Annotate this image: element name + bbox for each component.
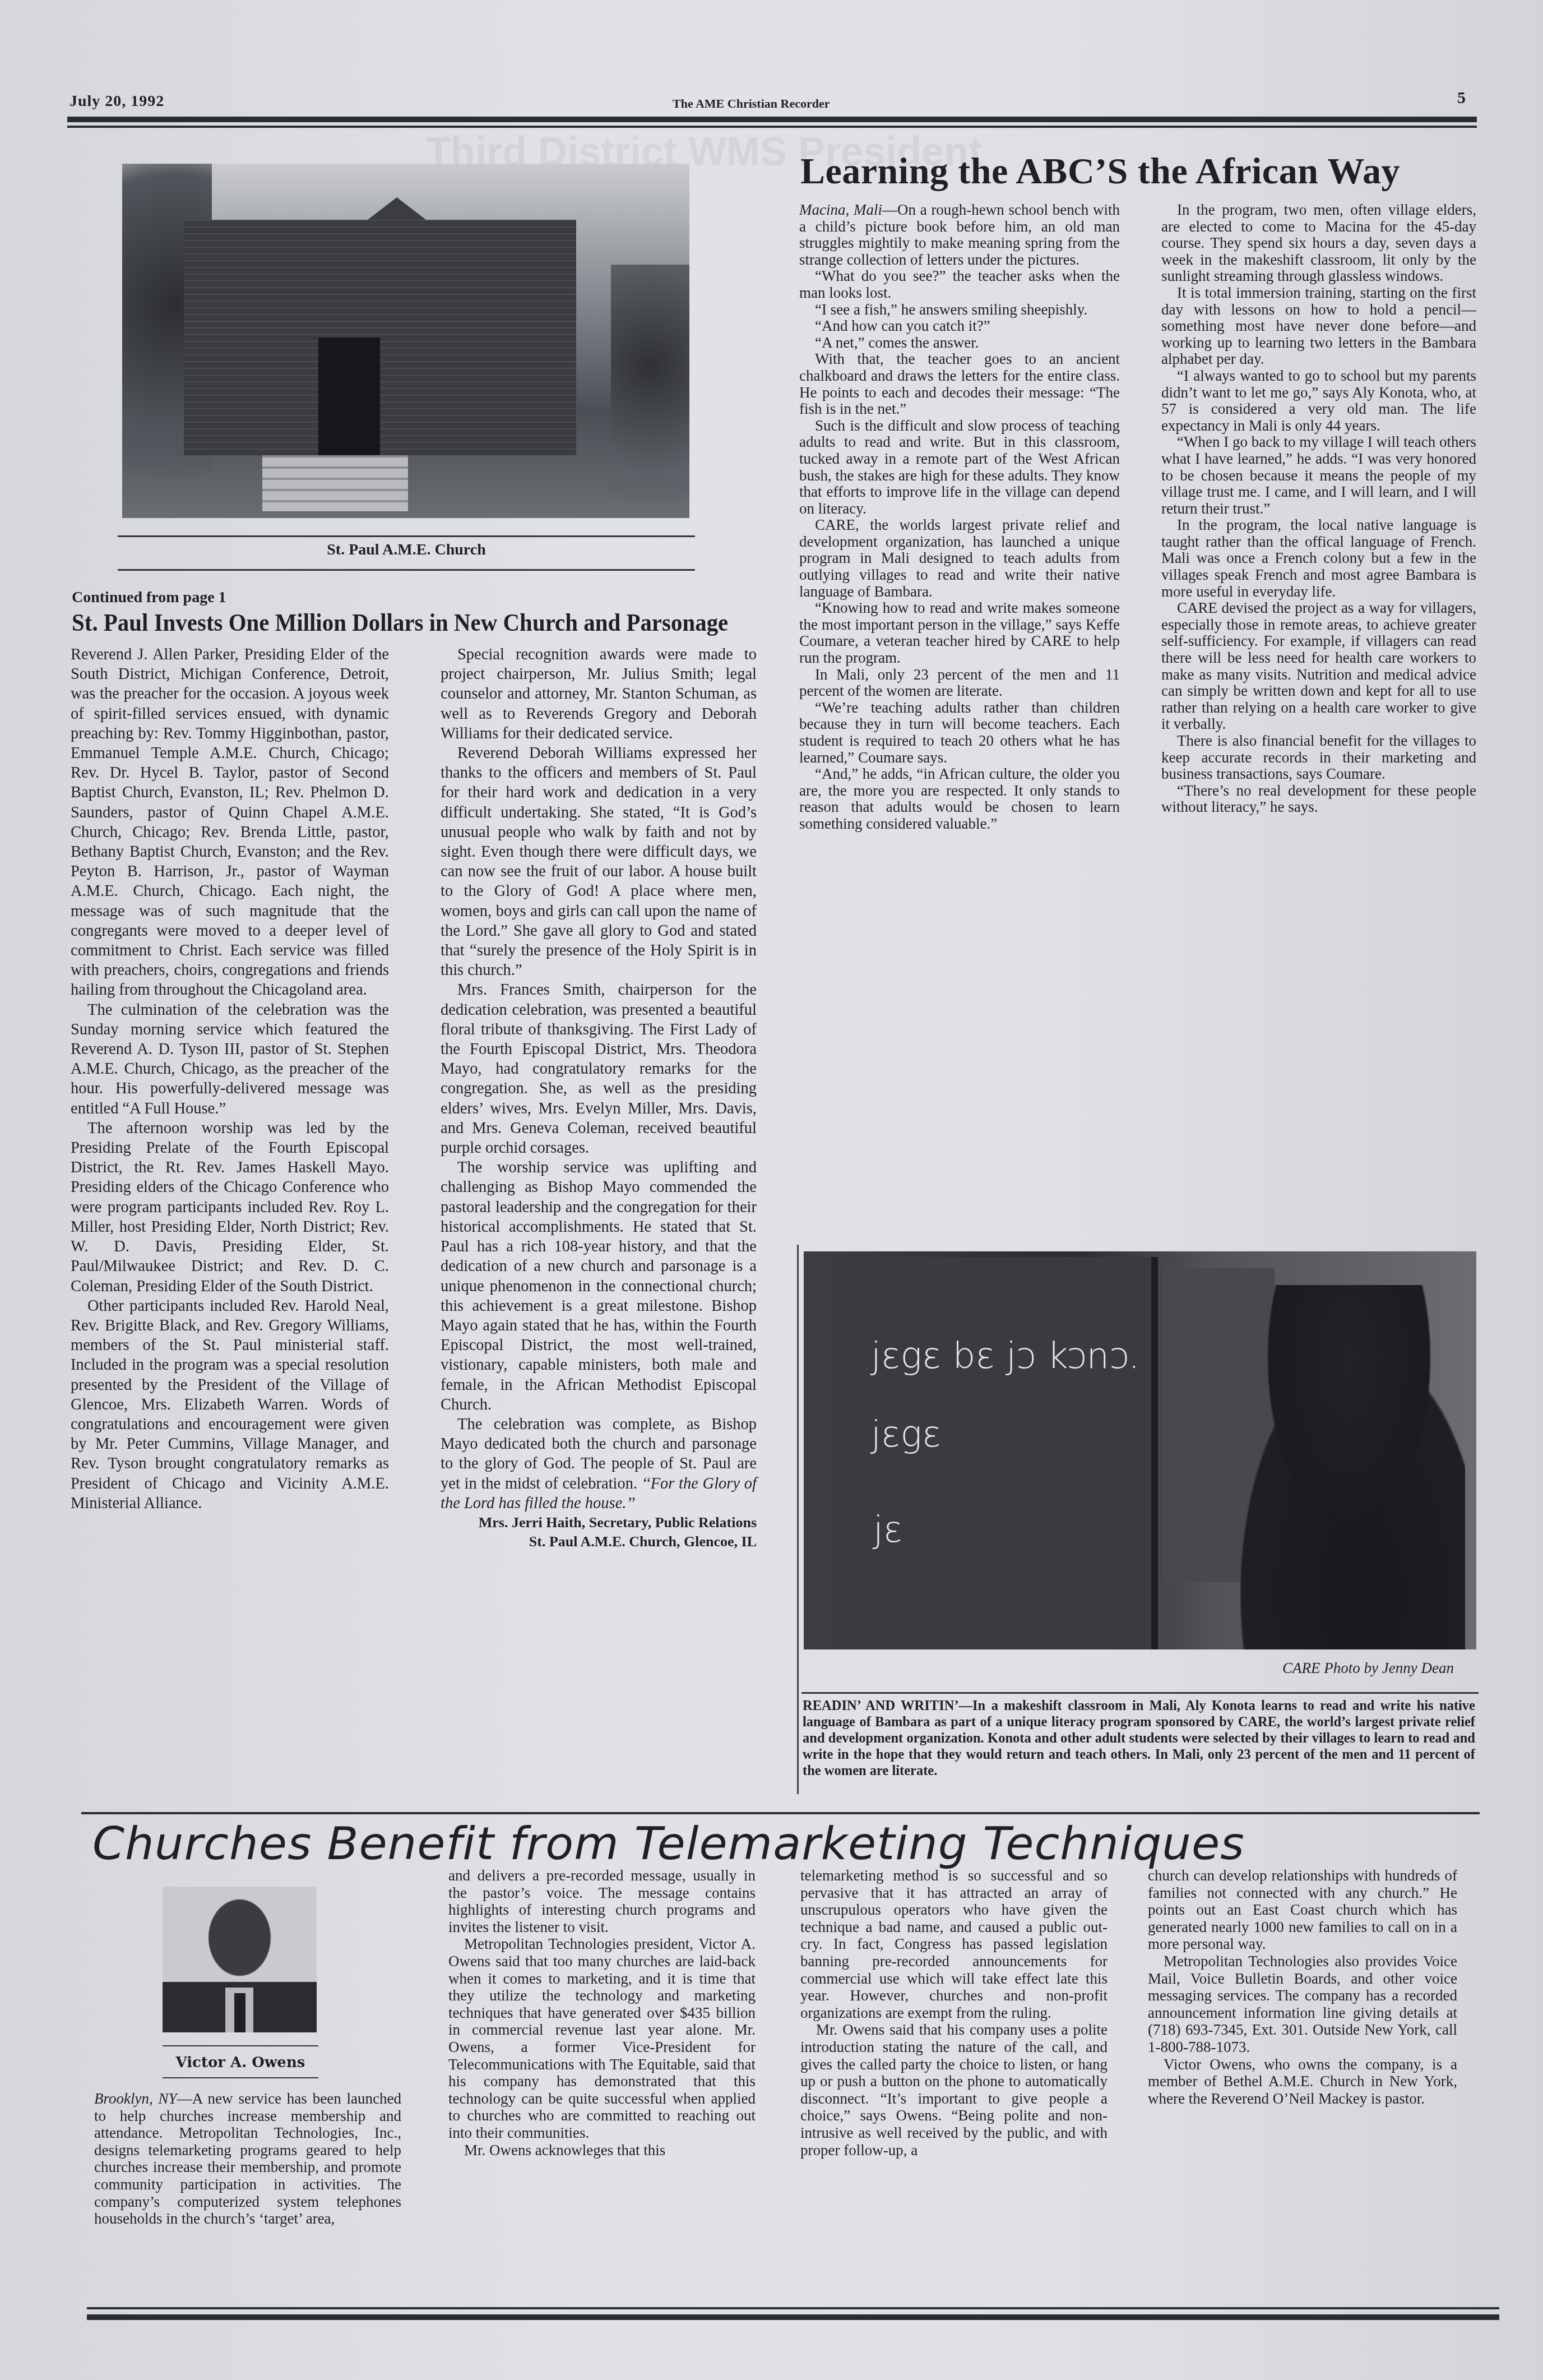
lead-paragraph: Macina, Mali—On a rough-hewn school benc… bbox=[799, 202, 1120, 268]
paragraph: “And how can you catch it?” bbox=[799, 318, 1120, 335]
paragraph: In the program, two men, often village e… bbox=[1161, 202, 1476, 285]
st-paul-column-1: Reverend J. Allen Parker, Presiding Elde… bbox=[71, 645, 389, 1513]
church-photo-caption: St. Paul A.M.E. Church bbox=[118, 541, 695, 559]
chalk-line-2: jɛgɛ bbox=[871, 1414, 941, 1455]
masthead-rule-thin bbox=[67, 126, 1477, 128]
paragraph: Metropolitan Technologies president, Vic… bbox=[448, 1935, 756, 2141]
issue-date: July 20, 1992 bbox=[69, 93, 164, 110]
classroom-photo-caption: READIN’ AND WRITIN’—In a makeshift class… bbox=[803, 1698, 1475, 1779]
abc-column-2: In the program, two men, often village e… bbox=[1161, 202, 1476, 816]
chalk-line-1: jɛgɛ bɛ jɔ kɔnɔ. bbox=[871, 1335, 1140, 1377]
student-figure bbox=[1207, 1285, 1465, 1649]
masthead-rule-thick bbox=[67, 117, 1477, 122]
paragraph: Reverend J. Allen Parker, Presiding Elde… bbox=[71, 645, 389, 1000]
caption-rule-bottom bbox=[118, 569, 695, 571]
paragraph: CARE, the worlds largest private relief … bbox=[799, 517, 1120, 600]
portrait-rule-top bbox=[163, 2045, 318, 2046]
paragraph: and delivers a pre-recorded message, usu… bbox=[448, 1867, 756, 1935]
paragraph: “And,” he adds, “in African culture, the… bbox=[799, 766, 1120, 832]
paragraph: “A net,” comes the answer. bbox=[799, 335, 1120, 352]
paragraph: In Mali, only 23 percent of the men and … bbox=[799, 667, 1120, 700]
paragraph: telemarketing method is so successful an… bbox=[800, 1867, 1108, 2021]
portrait-tie bbox=[234, 1993, 245, 2032]
lead-text: —A new service has been launched to help… bbox=[94, 2090, 401, 2227]
paragraph: Mrs. Frances Smith, chairperson for the … bbox=[441, 980, 757, 1158]
paragraph: “What do you see?” the teacher asks when… bbox=[799, 268, 1120, 301]
continued-kicker: Continued from page 1 bbox=[72, 589, 226, 607]
section-divider bbox=[81, 1812, 1480, 1814]
paragraph: Reverend Deborah Williams expressed her … bbox=[441, 743, 757, 980]
paragraph: CARE devised the project as a way for vi… bbox=[1161, 600, 1476, 733]
tree-right bbox=[611, 265, 689, 517]
photo-credit: CARE Photo by Jenny Dean bbox=[804, 1660, 1454, 1677]
paragraph: “When I go back to my village I will tea… bbox=[1161, 434, 1476, 517]
page-number: 5 bbox=[1457, 89, 1466, 108]
paragraph: The culmination of the celebration was t… bbox=[71, 1000, 389, 1119]
paragraph: Other participants included Rev. Harold … bbox=[71, 1296, 389, 1513]
telemarketing-column-4: church can develop relationships with hu… bbox=[1148, 1867, 1457, 2107]
paragraph: “I see a fish,” he answers smiling sheep… bbox=[799, 302, 1120, 318]
church-door bbox=[318, 338, 380, 455]
signature-line-1: Mrs. Jerri Haith, Secretary, Public Rela… bbox=[441, 1513, 757, 1532]
paragraph: Mr. Owens said that his company uses a p… bbox=[800, 2021, 1108, 2159]
newspaper-page: Third District WMS President July 20, 19… bbox=[0, 0, 1543, 2380]
lead-paragraph: Brooklyn, NY—A new service has been laun… bbox=[94, 2090, 401, 2228]
telemarketing-column-1: Brooklyn, NY—A new service has been laun… bbox=[94, 2090, 401, 2228]
church-photo bbox=[122, 164, 689, 518]
portrait-rule-bottom bbox=[163, 2077, 318, 2078]
paragraph: “We’re teaching adults rather than child… bbox=[799, 700, 1120, 766]
footer-rule-thin bbox=[87, 2307, 1499, 2309]
telemarketing-column-3: telemarketing method is so successful an… bbox=[800, 1867, 1108, 2159]
paragraph: “Knowing how to read and write makes som… bbox=[799, 600, 1120, 666]
st-paul-headline: St. Paul Invests One Million Dollars in … bbox=[72, 608, 728, 637]
paragraph: church can develop relationships with hu… bbox=[1148, 1867, 1457, 1953]
publication-name: The AME Christian Recorder bbox=[673, 96, 830, 111]
paragraph: With that, the teacher goes to an ancien… bbox=[799, 351, 1120, 417]
footer-rule-thick bbox=[87, 2314, 1499, 2320]
paragraph: The afternoon worship was led by the Pre… bbox=[71, 1119, 389, 1296]
paragraph: Victor Owens, who owns the company, is a… bbox=[1148, 2056, 1457, 2108]
photo-box-left-border bbox=[797, 1245, 799, 1794]
paragraph: There is also financial benefit for the … bbox=[1161, 733, 1476, 783]
dateline: Brooklyn, NY bbox=[94, 2090, 177, 2107]
telemarketing-column-2: and delivers a pre-recorded message, usu… bbox=[448, 1867, 756, 2159]
st-paul-column-2: Special recognition awards were made to … bbox=[441, 645, 757, 1551]
classroom-photo: jɛgɛ bɛ jɔ kɔnɔ. jɛgɛ jɛ bbox=[804, 1251, 1476, 1649]
signature-line-2: St. Paul A.M.E. Church, Glencoe, IL bbox=[441, 1532, 757, 1551]
paragraph: Metropolitan Technologies also provides … bbox=[1148, 1953, 1457, 2056]
owens-portrait bbox=[163, 1887, 317, 2032]
paragraph: The worship service was uplifting and ch… bbox=[441, 1158, 757, 1415]
dateline: Macina, Mali bbox=[799, 201, 882, 218]
church-building bbox=[184, 220, 576, 455]
paragraph: It is total immersion training, starting… bbox=[1161, 285, 1476, 368]
caption-rule-top bbox=[118, 535, 695, 537]
owens-caption: Victor A. Owens bbox=[163, 2054, 318, 2071]
telemarketing-headline: Churches Benefit from Telemarketing Tech… bbox=[92, 1818, 1245, 1870]
church-steps bbox=[262, 455, 408, 511]
paragraph: “There’s no real development for these p… bbox=[1161, 783, 1476, 816]
paragraph: Mr. Owens acknowleges that this bbox=[448, 2142, 756, 2159]
chalk-line-3: jɛ bbox=[873, 1509, 902, 1551]
paragraph: In the program, the local native languag… bbox=[1161, 517, 1476, 600]
caption-rule bbox=[801, 1692, 1479, 1694]
paragraph: The celebration was complete, as Bishop … bbox=[441, 1415, 757, 1513]
paragraph: Special recognition awards were made to … bbox=[441, 645, 757, 743]
paragraph: Such is the difficult and slow process o… bbox=[799, 418, 1120, 517]
abc-column-1: Macina, Mali—On a rough-hewn school benc… bbox=[799, 202, 1120, 833]
paragraph: “I always wanted to go to school but my … bbox=[1161, 368, 1476, 434]
abc-headline: Learning the ABC’S the African Way bbox=[800, 150, 1400, 193]
